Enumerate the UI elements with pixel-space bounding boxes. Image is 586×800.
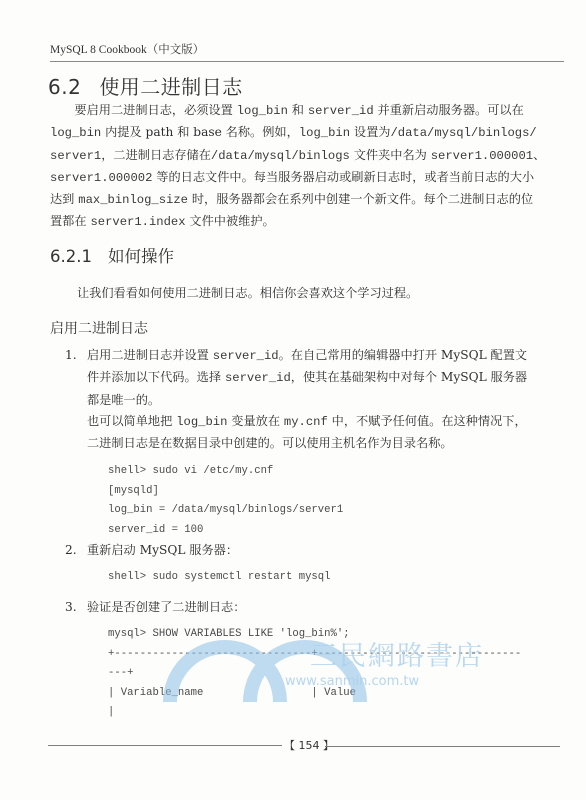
step-index: 2. — [65, 540, 77, 561]
step-text: 启用二进制日志并设置 server_id。在自己常用的编辑器中打开 MySQL … — [87, 345, 565, 454]
text-line: 也可以简单地把 log_bin 变量放在 my.cnf 中，不赋予任何值。在这种… — [87, 411, 565, 433]
code-block-restart: shell> sudo systemctl restart mysql — [108, 568, 331, 588]
text-line: 要启用二进制日志，必须设置 log_bin 和 server_id 并重新启动服… — [50, 100, 565, 122]
text-run: 变量放在 — [227, 414, 284, 428]
text-run: 、 — [533, 148, 545, 162]
inline-code: server_id — [308, 104, 374, 118]
inline-code: server1.000001 — [431, 149, 533, 163]
text-run: 二进制日志是在数据目录中创建的。可以使用主机名作为目录名称。 — [87, 436, 453, 450]
inline-code: server_id — [213, 349, 279, 363]
text-run: 内提及 path 和 base 名称。例如， — [101, 125, 299, 139]
text-line: 验证是否创建了二进制日志： — [87, 597, 565, 618]
inline-code: server_id — [225, 371, 291, 385]
text-run: 。在自己常用的编辑器中打开 MySQL 配置文 — [279, 348, 528, 362]
watermark-text: 三民網路書店 — [310, 634, 484, 673]
inline-code: server1.000002 — [50, 171, 152, 185]
text-run: 要启用二进制日志，必须设置 — [74, 103, 236, 117]
inline-code: log_bin — [237, 104, 288, 118]
section-number: 6.2 — [48, 75, 81, 99]
text-run: 文件夹中名为 — [350, 148, 431, 162]
inline-code: log_bin — [299, 126, 350, 140]
text-line: 重新启动 MySQL 服务器： — [87, 540, 565, 561]
subsection-heading: 6.2.1如何操作 — [50, 243, 174, 267]
inline-code: log_bin — [50, 126, 101, 140]
inline-code: log_bin — [176, 415, 227, 429]
text-run: 文件中被维护。 — [186, 214, 275, 228]
step-index: 1. — [65, 345, 77, 366]
text-run: 启用二进制日志并设置 — [87, 348, 213, 362]
text-run: 时，服务器都会在系列中创建一个新文件。每个二进制日志的位 — [188, 192, 533, 206]
intro-paragraph: 要启用二进制日志，必须设置 log_bin 和 server_id 并重新启动服… — [50, 100, 565, 234]
subsection-number: 6.2.1 — [50, 247, 92, 266]
inline-code: /data/mysql/binlogs — [211, 149, 350, 163]
text-run: ，使其在基础架构中对每个 MySQL 服务器 — [291, 370, 527, 384]
text-line: server1.000002 等的日志文件中。每当服务器启动或刷新日志时，或者当… — [50, 167, 565, 189]
footer-rule-right — [325, 746, 560, 747]
text-line: server1，二进制日志存储在/data/mysql/binlogs 文件夹中… — [50, 145, 565, 167]
step-index: 3. — [65, 597, 77, 618]
text-run: 中，不赋予任何值。在这种情况下， — [328, 414, 527, 428]
footer-rule-left — [48, 745, 282, 746]
intro-text: 要启用二进制日志，必须设置 log_bin 和 server_id 并重新启动服… — [50, 100, 565, 234]
watermark-url: www.sanmin.com.tw — [285, 674, 419, 689]
text-run: 和 — [288, 103, 308, 117]
text-run: ，二进制日志存储在 — [101, 148, 211, 162]
text-line: 都是唯一的。 — [87, 390, 565, 411]
section-title: 使用二进制日志 — [99, 75, 243, 99]
text-line: 达到 max_binlog_size 时，服务器都会在系列中创建一个新文件。每个… — [50, 189, 565, 211]
text-run: 并重新启动服务器。可以在 — [374, 103, 524, 117]
book-page: MySQL 8 Cookbook（中文版） 6.2使用二进制日志 要启用二进制日… — [0, 0, 586, 800]
text-line: log_bin 内提及 path 和 base 名称。例如，log_bin 设置… — [50, 122, 565, 144]
text-run: 等的日志文件中。每当服务器启动或刷新日志时，或者当前日志的大小 — [152, 170, 534, 184]
topic-heading: 启用二进制日志 — [50, 318, 148, 338]
section-heading: 6.2使用二进制日志 — [48, 71, 243, 100]
text-line: 置都在 server1.index 文件中被维护。 — [50, 211, 565, 233]
text-run: 达到 — [50, 192, 78, 206]
inline-code: /data/mysql/binlogs/ — [390, 126, 536, 140]
code-block-config: shell> sudo vi /etc/my.cnf [mysqld] log_… — [108, 462, 343, 540]
step-text: 重新启动 MySQL 服务器： — [87, 540, 565, 561]
inline-code: server1 — [50, 149, 101, 163]
text-run: 都是唯一的。 — [87, 393, 160, 407]
text-run: 重新启动 MySQL 服务器： — [87, 543, 238, 557]
step-2: 2. 重新启动 MySQL 服务器： — [65, 540, 565, 561]
text-run: 验证是否创建了二进制日志： — [87, 600, 245, 614]
text-line: 二进制日志是在数据目录中创建的。可以使用主机名作为目录名称。 — [87, 433, 565, 454]
inline-code: max_binlog_size — [78, 193, 188, 207]
text-run: 置都在 — [50, 214, 90, 228]
inline-code: my.cnf — [284, 415, 328, 429]
text-run: 件并添加以下代码。选择 — [87, 370, 225, 384]
step-1: 1. 启用二进制日志并设置 server_id。在自己常用的编辑器中打开 MyS… — [65, 345, 565, 454]
text-run: 设置为 — [350, 125, 390, 139]
text-line: 件并添加以下代码。选择 server_id，使其在基础架构中对每个 MySQL … — [87, 367, 565, 389]
step-3: 3. 验证是否创建了二进制日志： — [65, 597, 565, 618]
page-number: 【 154 】 — [284, 737, 334, 753]
running-head: MySQL 8 Cookbook（中文版） — [50, 41, 204, 57]
text-line: 启用二进制日志并设置 server_id。在自己常用的编辑器中打开 MySQL … — [87, 345, 565, 367]
step-text: 验证是否创建了二进制日志： — [87, 597, 565, 618]
inline-code: server1.index — [90, 215, 185, 229]
header-rule — [50, 61, 564, 62]
subsection-title: 如何操作 — [108, 247, 174, 266]
text-run: 也可以简单地把 — [87, 414, 176, 428]
subsection-intro: 让我们看看如何使用二进制日志。相信你会喜欢这个学习过程。 — [77, 283, 567, 304]
